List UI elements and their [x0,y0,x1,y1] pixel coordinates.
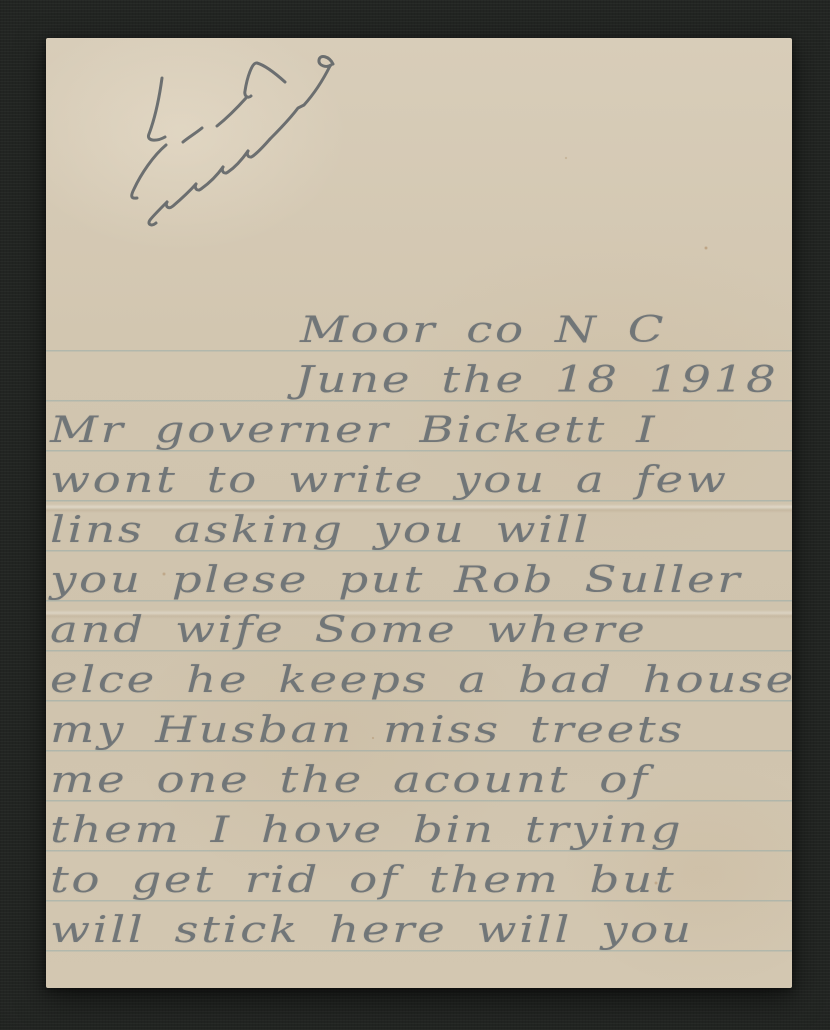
letter-body-line-7: my Husban miss treets [50,706,685,758]
letter-body-line-3: lins asking you will [50,506,591,558]
photo-mat-background: Moor co N C June the 18 1918 Mr governer… [0,0,830,1030]
letter-body-line-4: you plese put Rob Suller [50,556,742,608]
letter-page: Moor co N C June the 18 1918 Mr governer… [46,38,792,988]
letter-body-line-1: Mr governer Bickett I [50,406,657,458]
letter-body-line-2: wont to write you a few [50,456,728,508]
letter-body-line-8: me one the acount of [50,756,650,808]
letter-place-line: Moor co N C [300,306,666,358]
letter-body-line-11: will stick here will you [50,906,694,958]
letter-body-line-6: elce he keeps a bad house [50,656,796,708]
letter-body-line-9: them I hove bin trying [50,806,683,858]
letter-body-line-5: and wife Some where [50,606,647,658]
letter-date-line: June the 18 1918 [295,356,778,408]
letter-body-line-10: to get rid of them but [50,856,676,908]
